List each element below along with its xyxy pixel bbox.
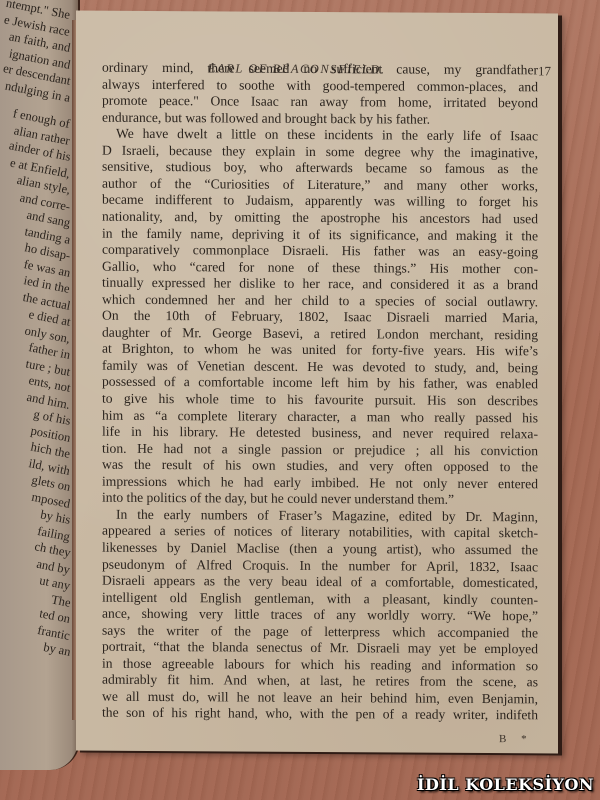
page-number: 17 <box>538 63 551 79</box>
book-page: EARL OF BEACONSFIELD. 17 ordinary mind, … <box>76 11 558 754</box>
text-line: the son of his right hand, who, with the… <box>102 704 538 725</box>
printer-signature-mark: B * <box>499 733 533 745</box>
watermark-label: İDİL KOLEKSİYON <box>417 775 594 794</box>
page-body-text: ordinary mind, there seemed no sufficien… <box>102 59 538 62</box>
facing-left-page: ntempt." Shee Jewish racean faith, andig… <box>0 0 80 770</box>
